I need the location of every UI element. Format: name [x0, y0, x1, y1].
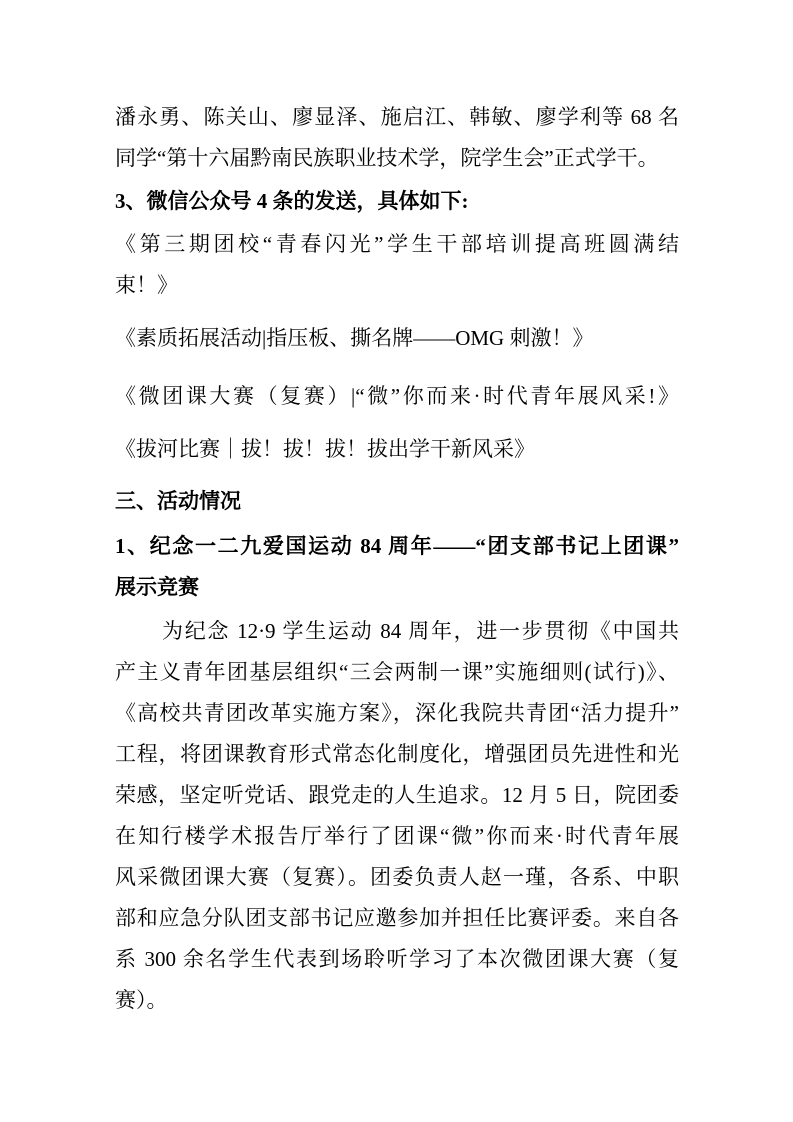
text-line: 《第三期团校“青春闪光”学生干部培训提高班圆满结 [115, 224, 679, 265]
wechat-article-title-2: 《素质拓展活动|指压板、撕名牌——OMG 刺激！》 [115, 318, 679, 359]
wechat-article-title-3: 《微团课大赛（复赛）|“微”你而来·时代青年展风采!》 [115, 376, 679, 417]
text-line: 《高校共青团改革实施方案》，深化我院共青团“活力提升” [115, 693, 679, 734]
text-line: 为纪念 12·9 学生运动 84 周年，进一步贯彻《中国共 [115, 611, 679, 652]
heading-line: 3、微信公众号 4 条的发送，具体如下: [115, 181, 679, 222]
text-line: 束！》 [115, 265, 679, 306]
heading-line: 三、活动情况 [115, 481, 679, 522]
section-heading-activities: 三、活动情况 [115, 481, 679, 522]
document-content: 潘永勇、陈关山、廖显泽、施启江、韩敏、廖学利等 68 名 同学“第十六届黔南民族… [115, 97, 679, 1021]
text-line: 《素质拓展活动|指压板、撕名牌——OMG 刺激！》 [115, 318, 679, 359]
heading-line: 展示竞赛 [115, 567, 679, 608]
text-line: 荣感，坚定听党话、跟党走的人生追求。12 月 5 日，院团委 [115, 775, 679, 816]
heading-wechat-posts: 3、微信公众号 4 条的发送，具体如下: [115, 181, 679, 222]
wechat-article-title-1: 《第三期团校“青春闪光”学生干部培训提高班圆满结 束！》 [115, 224, 679, 306]
text-line: 潘永勇、陈关山、廖显泽、施启江、韩敏、廖学利等 68 名 [115, 97, 679, 138]
text-line: 风采微团课大赛（复赛）。团委负责人赵一瑾，各系、中职 [115, 857, 679, 898]
text-line: 赛）。 [115, 980, 679, 1021]
paragraph-student-officers: 潘永勇、陈关山、廖显泽、施启江、韩敏、廖学利等 68 名 同学“第十六届黔南民族… [115, 97, 679, 179]
paragraph-contest-details: 为纪念 12·9 学生运动 84 周年，进一步贯彻《中国共 产主义青年团基层组织… [115, 611, 679, 1021]
text-line: 系 300 余名学生代表到场聆听学习了本次微团课大赛（复 [115, 939, 679, 980]
subheading-memorial-contest: 1、纪念一二九爱国运动 84 周年——“团支部书记上团课” 展示竞赛 [115, 526, 679, 608]
text-line: 部和应急分队团支部书记应邀参加并担任比赛评委。来自各 [115, 898, 679, 939]
heading-line: 1、纪念一二九爱国运动 84 周年——“团支部书记上团课” [115, 526, 679, 567]
text-line: 《微团课大赛（复赛）|“微”你而来·时代青年展风采!》 [115, 376, 679, 417]
text-line: 同学“第十六届黔南民族职业技术学，院学生会”正式学干。 [115, 138, 679, 179]
document-page: 潘永勇、陈关山、廖显泽、施启江、韩敏、廖学利等 68 名 同学“第十六届黔南民族… [0, 0, 793, 1122]
text-line: 工程，将团课教育形式常态化制度化，增强团员先进性和光 [115, 734, 679, 775]
text-line: 在知行楼学术报告厅举行了团课“微”你而来·时代青年展 [115, 816, 679, 857]
text-line: 产主义青年团基层组织“三会两制一课”实施细则(试行)》、 [115, 652, 679, 693]
wechat-article-title-4: 《拔河比赛｜拔！拔！拔！拔出学干新风采》 [115, 429, 679, 470]
text-line: 《拔河比赛｜拔！拔！拔！拔出学干新风采》 [115, 429, 679, 470]
